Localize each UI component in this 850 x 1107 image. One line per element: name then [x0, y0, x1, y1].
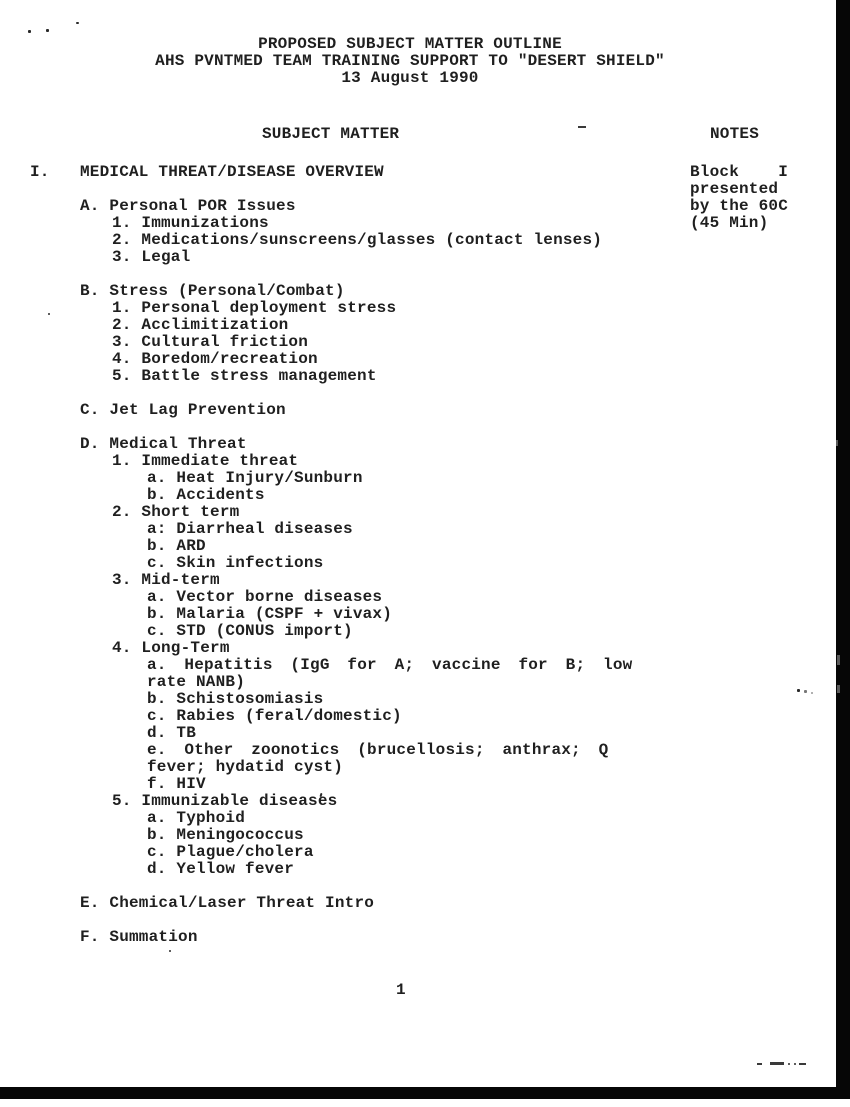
scanner-edge-bottom	[0, 1087, 850, 1099]
outline-line: 2. Short term	[0, 504, 750, 521]
outline-blank-line	[0, 878, 750, 895]
outline-line: f. HIV	[0, 776, 750, 793]
outline-line: b. Meningococcus	[0, 827, 750, 844]
notes-line: Block I	[690, 164, 800, 181]
outline-line: a. Vector borne diseases	[0, 589, 750, 606]
outline-blank-line	[0, 385, 750, 402]
scan-speck	[794, 1063, 796, 1065]
outline-line: fever; hydatid cyst)	[0, 759, 750, 776]
scan-streak	[837, 655, 840, 665]
outline-line: 5. Immunizable diseases	[0, 793, 750, 810]
outline-line: b. Schistosomiasis	[0, 691, 750, 708]
scan-dash	[799, 1063, 806, 1065]
outline-line: c. Skin infections	[0, 555, 750, 572]
outline-line: A. Personal POR Issues	[0, 198, 750, 215]
scan-speck	[28, 30, 31, 33]
scan-dash	[757, 1063, 762, 1065]
header-line-2: AHS PVNTMED TEAM TRAINING SUPPORT TO "DE…	[0, 53, 820, 70]
outline-line: E. Chemical/Laser Threat Intro	[0, 895, 750, 912]
scan-speck	[169, 950, 171, 952]
scan-dash	[578, 126, 586, 128]
section-number: I.	[30, 164, 50, 181]
outline-line: d. TB	[0, 725, 750, 742]
scan-dash	[770, 1062, 784, 1065]
outline-line: c. Rabies (feral/domestic)	[0, 708, 750, 725]
outline-line: D. Medical Threat	[0, 436, 750, 453]
outline-line: 3. Mid-term	[0, 572, 750, 589]
section-title: MEDICAL THREAT/DISEASE OVERVIEW	[80, 164, 384, 181]
outline-line: a. Hepatitis (IgG for A; vaccine for B; …	[0, 657, 750, 674]
column-header-subject-matter: SUBJECT MATTER	[262, 126, 399, 143]
outline-line: 1. Immunizations	[0, 215, 750, 232]
outline-line: b. ARD	[0, 538, 750, 555]
scan-streak	[836, 440, 838, 446]
outline-line: 5. Battle stress management	[0, 368, 750, 385]
column-header-notes: NOTES	[710, 126, 759, 143]
header-line-1: PROPOSED SUBJECT MATTER OUTLINE	[0, 36, 820, 53]
scan-speck	[797, 689, 800, 692]
outline-line: c. Plague/cholera	[0, 844, 750, 861]
outline-line: 1. Immediate threat	[0, 453, 750, 470]
scan-speck	[48, 313, 50, 315]
outline-line: c. STD (CONUS import)	[0, 623, 750, 640]
page-number: 1	[396, 982, 406, 999]
outline-line: b. Malaria (CSPF + vivax)	[0, 606, 750, 623]
scan-speck	[811, 692, 813, 694]
scan-speck	[788, 1063, 790, 1065]
outline-blank-line	[0, 419, 750, 436]
scan-streak	[837, 685, 840, 693]
header-line-3: 13 August 1990	[0, 70, 820, 87]
outline-blank-line	[0, 181, 750, 198]
outline-line: 3. Legal	[0, 249, 750, 266]
scanned-document-page: { "document": { "header": [ "PROPOSED SU…	[0, 0, 850, 1107]
outline-line: a: Diarrheal diseases	[0, 521, 750, 538]
outline-line: 1. Personal deployment stress	[0, 300, 750, 317]
scan-speck	[46, 29, 49, 32]
outline-line: a. Typhoid	[0, 810, 750, 827]
scan-speck	[76, 22, 79, 24]
outline-line: 4. Boredom/recreation	[0, 351, 750, 368]
outline-line: 3. Cultural friction	[0, 334, 750, 351]
outline-blank-line	[0, 912, 750, 929]
outline-line: 4. Long-Term	[0, 640, 750, 657]
outline-line: B. Stress (Personal/Combat)	[0, 283, 750, 300]
outline-line: d. Yellow fever	[0, 861, 750, 878]
outline-line: a. Heat Injury/Sunburn	[0, 470, 750, 487]
outline-line: 2. Medications/sunscreens/glasses (conta…	[0, 232, 750, 249]
outline-line: 2. Acclimitization	[0, 317, 750, 334]
outline: A. Personal POR Issues1. Immunizations2.…	[0, 181, 750, 946]
outline-line: b. Accidents	[0, 487, 750, 504]
scanner-edge-right	[836, 0, 850, 1092]
outline-line: rate NANB)	[0, 674, 750, 691]
document-header: PROPOSED SUBJECT MATTER OUTLINE AHS PVNT…	[0, 36, 820, 87]
outline-line: e. Other zoonotics (brucellosis; anthrax…	[0, 742, 750, 759]
scan-speck	[804, 690, 807, 693]
outline-line: C. Jet Lag Prevention	[0, 402, 750, 419]
outline-blank-line	[0, 266, 750, 283]
outline-line: F. Summation	[0, 929, 750, 946]
